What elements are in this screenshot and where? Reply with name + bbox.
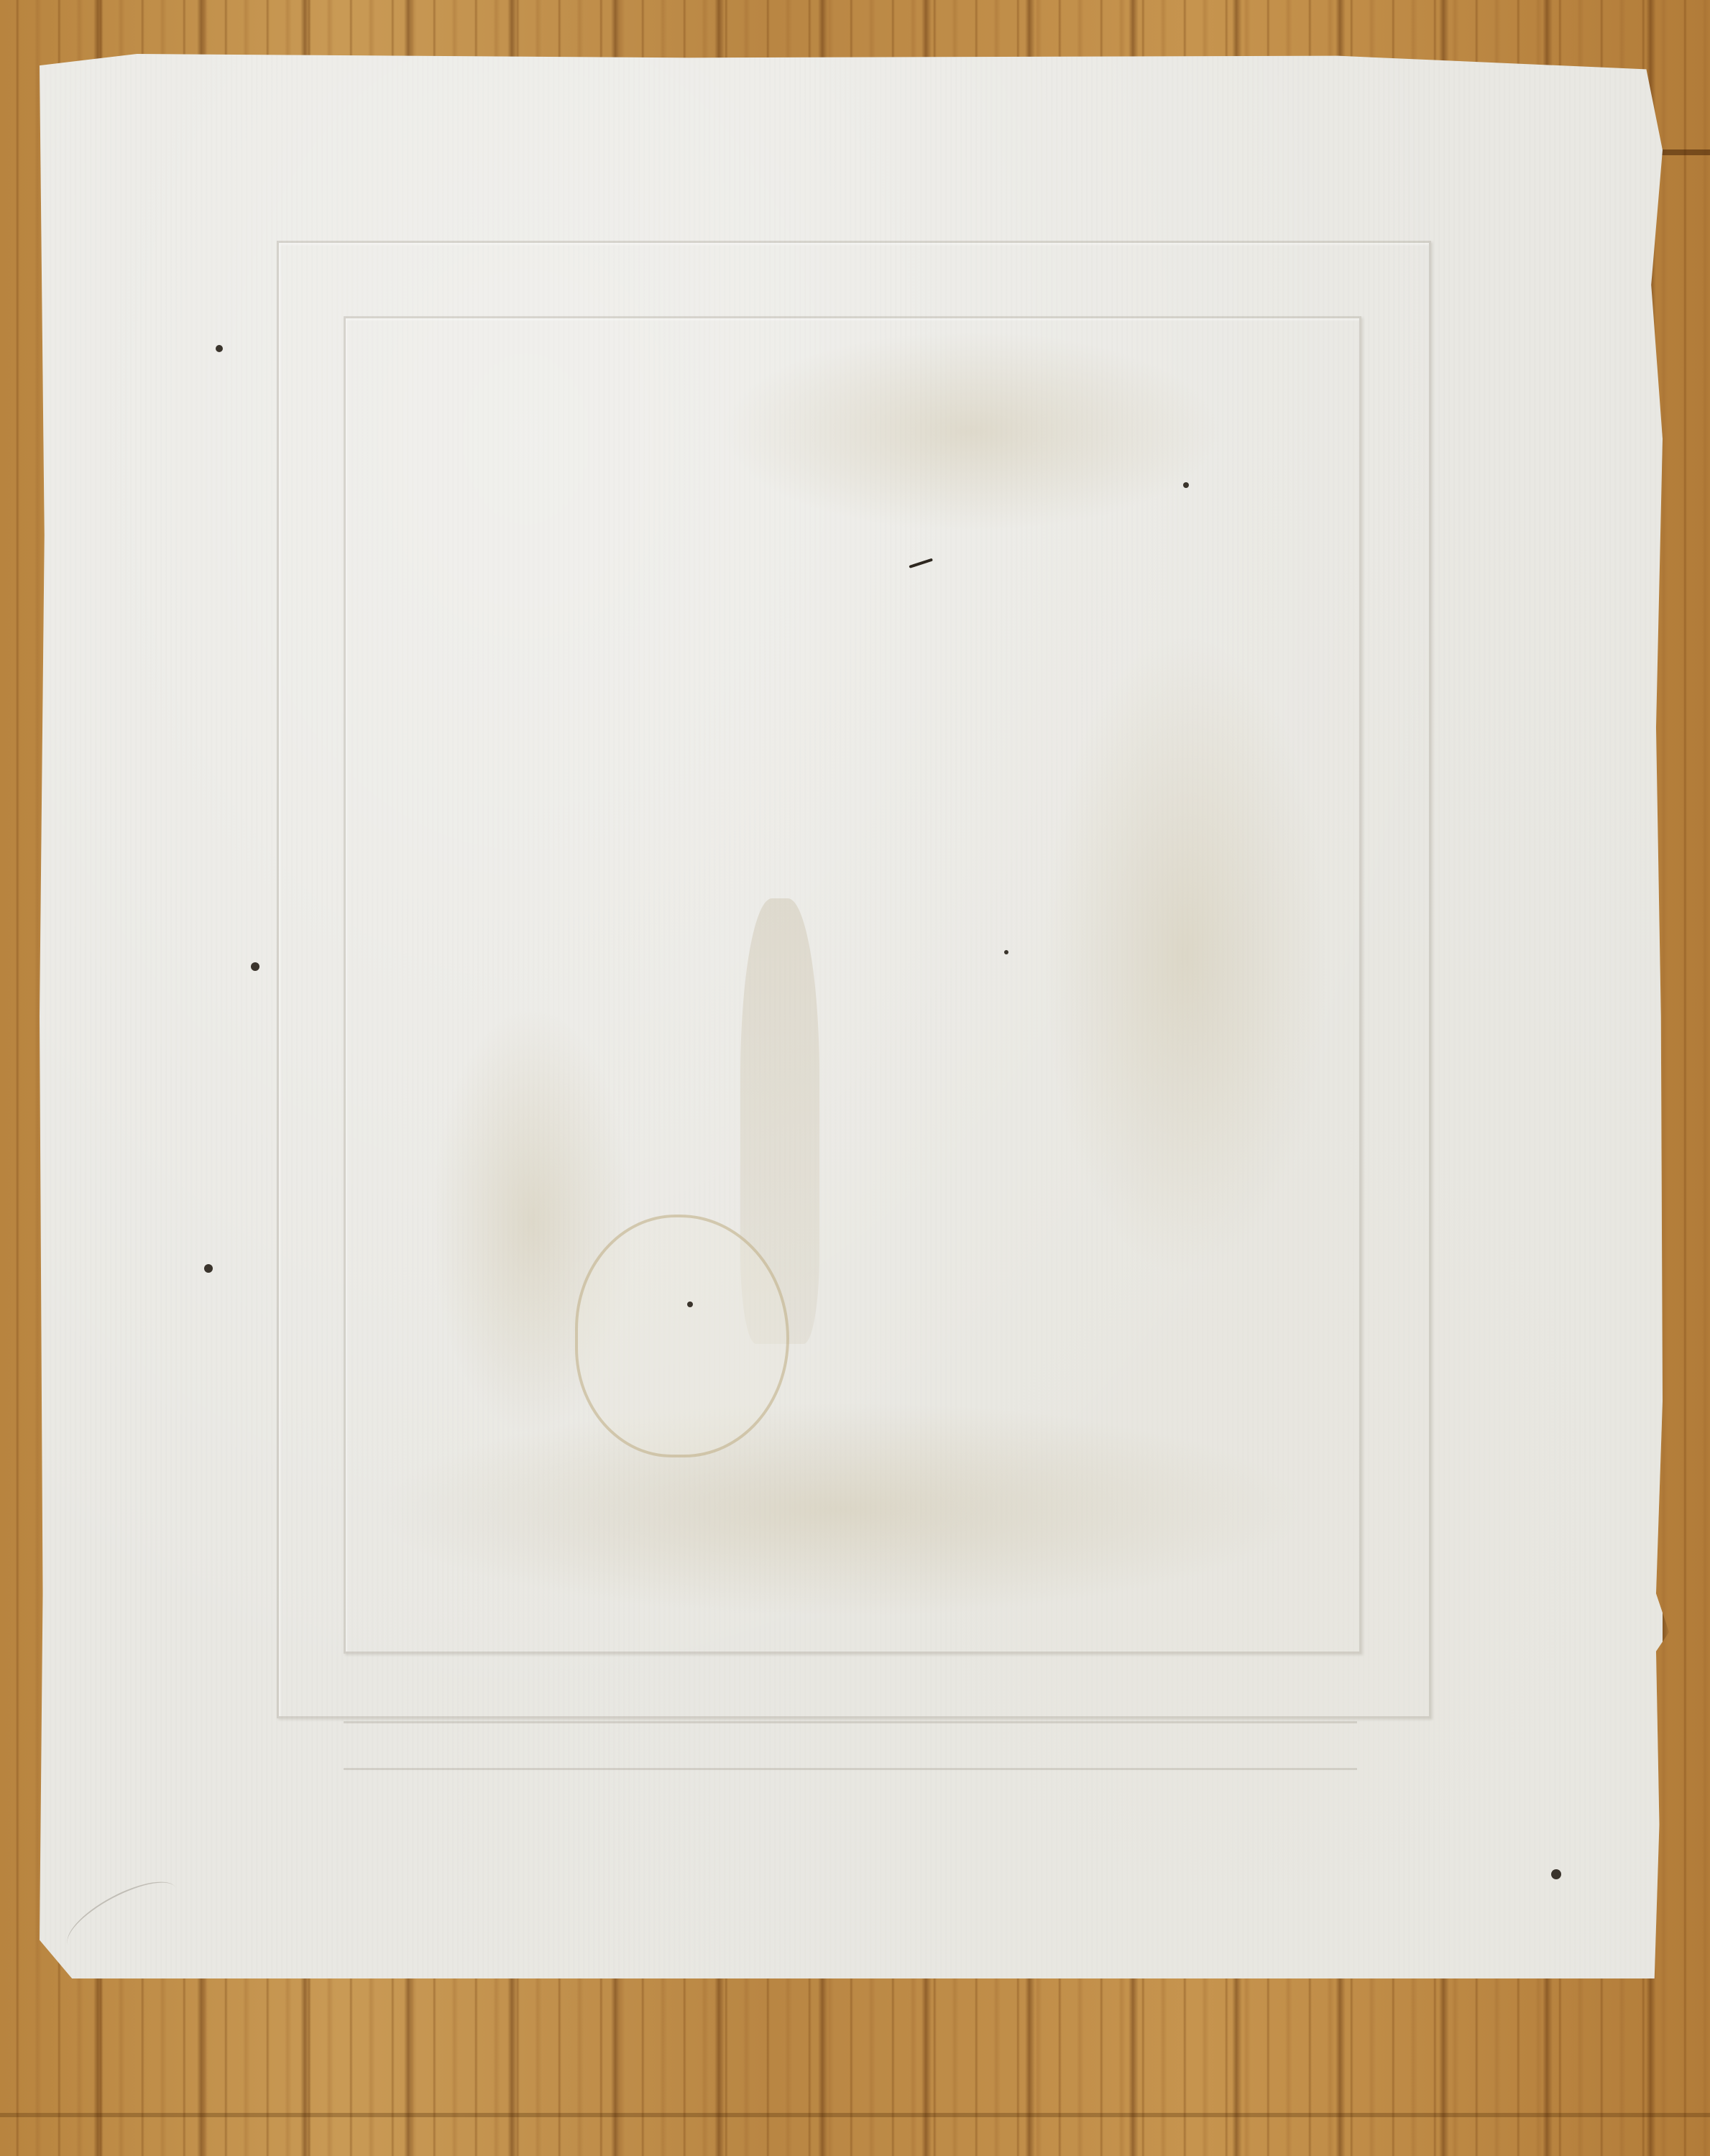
engraving-paper-sheet: [40, 54, 1663, 1978]
corner-crease: [58, 1869, 186, 1966]
foxing-speck: [251, 962, 259, 971]
foxing-speck: [204, 1264, 213, 1273]
showthrough-palm-fronds-top: [719, 331, 1222, 532]
plate-caption-rule: [344, 1721, 1357, 1723]
wood-board-seam: [0, 2113, 1710, 2117]
foxing-speck: [687, 1302, 693, 1307]
foxing-speck: [1551, 1869, 1561, 1879]
showthrough-tree-right: [1042, 632, 1330, 1279]
foxing-speck: [1183, 482, 1189, 488]
foxing-speck: [1004, 950, 1008, 954]
plate-caption-rule: [344, 1768, 1357, 1770]
foxing-speck: [216, 345, 223, 352]
showthrough-ground-bottom: [374, 1401, 1308, 1617]
water-stain-ring: [575, 1215, 789, 1457]
